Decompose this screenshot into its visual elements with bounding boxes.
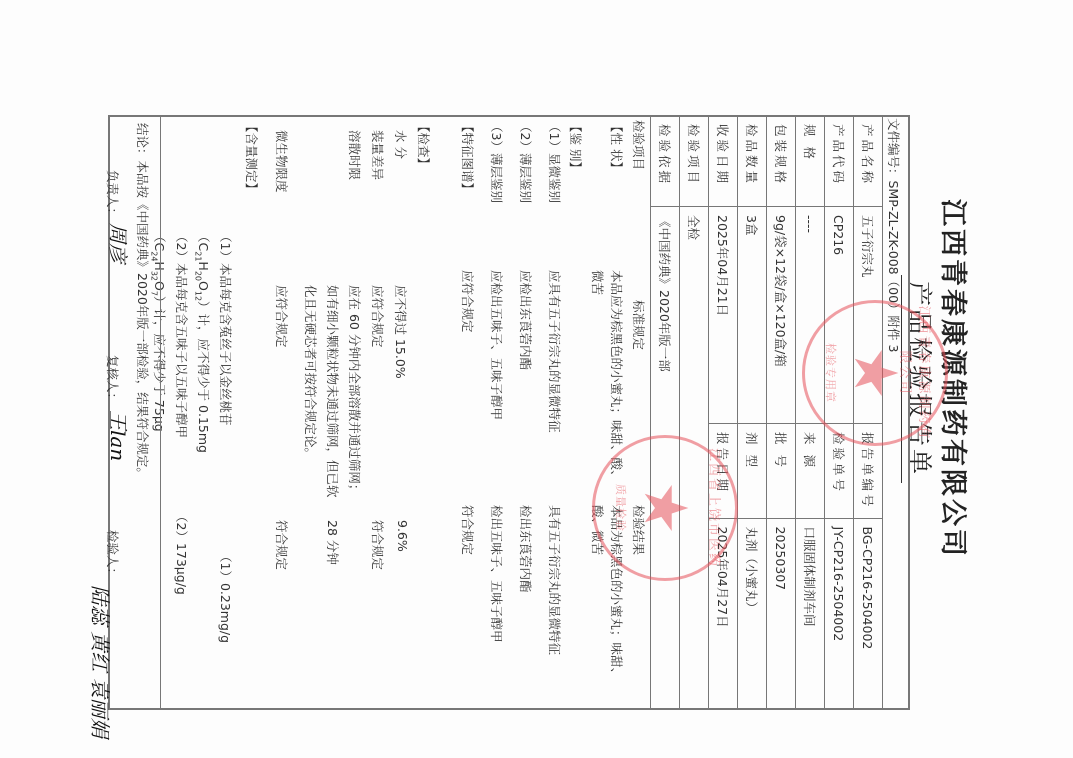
water-name: 水 分 bbox=[392, 130, 410, 159]
character-header: 【性 状】 bbox=[608, 120, 626, 174]
disintegration-standard-1: 应在 60 分钟内全部溶散并通过筛网； bbox=[346, 285, 364, 496]
ident-3-name: （3）薄层鉴别 bbox=[488, 120, 506, 203]
qc-seal-subtext: 质量检验 bbox=[613, 438, 629, 578]
conclusion-text: 结论：本品按《中国药典》2020年版一部检验，结果符合规定。 bbox=[134, 123, 152, 480]
weight-variation-standard: 应符合规定 bbox=[369, 285, 387, 348]
microbial-limit-standard: 应符合规定 bbox=[273, 285, 291, 348]
weight-variation-result: 符合规定 bbox=[369, 520, 387, 570]
info-value: JY-CP216-2504002 bbox=[825, 518, 854, 709]
info-value: 9g/袋×12袋/盒×120盒/箱 bbox=[767, 207, 796, 424]
assay-2-result: （2）173μg/g bbox=[173, 510, 191, 595]
qc-seal-stamp: 江西省上饶市医药 ★ 质量检验 bbox=[592, 435, 738, 581]
info-label: 规 格 bbox=[796, 116, 825, 207]
info-value: 3盒 bbox=[738, 207, 767, 424]
water-result: 9.6% bbox=[395, 520, 410, 552]
info-label: 批 号 bbox=[767, 424, 796, 519]
star-icon: ★ bbox=[635, 481, 695, 535]
info-value: 丸剂（小蜜丸） bbox=[738, 518, 767, 709]
assay-1-standard-2: （C21H20O12）计，应不得少于 0.15mg bbox=[194, 230, 214, 453]
star-icon: ★ bbox=[845, 346, 905, 400]
qa-seal-subtext: 检验专用章 bbox=[823, 303, 839, 443]
info-label: 收验日期 bbox=[709, 116, 738, 207]
info-value: BG-CP216-2504002 bbox=[854, 518, 883, 709]
disintegration-standard-2: 如有细小颗粒状物未通过筛网，但已软 bbox=[324, 285, 342, 498]
fingerprint-header: 【特征图谱】 bbox=[459, 120, 477, 195]
ident-2-name: （2）薄层鉴别 bbox=[517, 120, 535, 203]
fingerprint-result: 符合规定 bbox=[459, 505, 477, 555]
fingerprint-standard: 应符合规定 bbox=[459, 270, 477, 333]
water-standard: 应不得过 15.0% bbox=[392, 285, 410, 379]
reviewer-label: 复核人： bbox=[104, 355, 122, 405]
ident-2-standard: 应检出东莨菪内酯 bbox=[517, 270, 535, 370]
ident-3-standard: 应检出五味子、五味子醇甲 bbox=[488, 270, 506, 420]
assay-2-standard-1: （2）本品每克含五味子以五味子醇甲 bbox=[173, 230, 191, 438]
info-value: 口服固体制剂车间 bbox=[796, 518, 825, 709]
col-header-standard: 标准规定 bbox=[630, 300, 648, 350]
info-row: 检验项目全检 bbox=[680, 116, 709, 710]
info-label: 检验依据 bbox=[651, 116, 680, 207]
inspector-label: 检验人： bbox=[104, 530, 122, 580]
character-standard-cont: 微苦 bbox=[589, 270, 607, 295]
info-label: 检品数量 bbox=[738, 116, 767, 207]
info-label: 来 源 bbox=[796, 424, 825, 519]
col-header-item: 检验项目 bbox=[630, 120, 648, 170]
reviewer-signature: 王lan bbox=[105, 410, 134, 461]
qa-seal-stamp: 江西青春康源制药有限公司 ★ 检验专用章 bbox=[802, 300, 948, 446]
identification-header: 【鉴 别】 bbox=[567, 120, 585, 174]
info-label: 剂 型 bbox=[738, 424, 767, 519]
info-label: 检验项目 bbox=[680, 116, 709, 207]
info-row: 检验依据《中国药典》2020年版一部 bbox=[651, 116, 680, 710]
info-value: 20250307 bbox=[767, 518, 796, 709]
info-label: 包装规格 bbox=[767, 116, 796, 207]
info-row: 包装规格9g/袋×12袋/盒×120盒/箱批 号20250307 bbox=[767, 116, 796, 710]
info-label: 产品代码 bbox=[825, 116, 854, 207]
info-label: 产品名称 bbox=[854, 116, 883, 207]
disintegration-result: 28 分钟 bbox=[324, 520, 342, 565]
info-row: 检品数量3盒剂 型丸剂（小蜜丸） bbox=[738, 116, 767, 710]
ident-1-standard: 应具有五子衍宗丸的显微特征 bbox=[546, 270, 564, 433]
microbial-limit-result: 符合规定 bbox=[273, 520, 291, 570]
responsible-label: 负责人： bbox=[104, 170, 122, 220]
assay-1-standard-1: （1）本品每克含菟丝子以金丝桃苷 bbox=[217, 230, 235, 425]
disintegration-standard-3: 化且无硬芯者可按符合规定论。 bbox=[302, 285, 320, 460]
ident-3-result: 检出五味子、五味子醇甲 bbox=[488, 505, 506, 643]
ident-2-result: 检出东莨菪内酯 bbox=[517, 505, 535, 593]
conclusion-box: 结论：本品按《中国药典》2020年版一部检验，结果符合规定。 负责人： 周彦 复… bbox=[108, 115, 161, 710]
ident-1-name: （1）显微鉴别 bbox=[546, 120, 564, 203]
disintegration-name: 溶散时限 bbox=[346, 130, 364, 180]
inspection-report-page: 江西青春康源制药有限公司 产品检验报告单 文件编号：SMP-ZL-ZK-008（… bbox=[0, 0, 1073, 758]
ident-1-result: 具有五子衍宗丸的显微特征 bbox=[546, 505, 564, 655]
assay-header: 【含量测定】 bbox=[243, 120, 261, 195]
info-row: 收验日期2025年04月21日报告日期2025年04月27日 bbox=[709, 116, 738, 710]
responsible-signature: 周彦 bbox=[105, 223, 134, 263]
assay-1-result: （1）0.23mg/g bbox=[217, 550, 235, 643]
info-value: 2025年04月21日 bbox=[709, 207, 738, 424]
qc-seal-text: 江西省上饶市医药 bbox=[706, 438, 725, 578]
inspector-signature: 陆蕊 黄红 袁丽娟 bbox=[87, 585, 116, 738]
weight-variation-name: 装量差异 bbox=[369, 130, 387, 180]
examination-header: 【检查】 bbox=[415, 120, 433, 170]
microbial-limit-name: 微生物限度 bbox=[273, 130, 291, 193]
